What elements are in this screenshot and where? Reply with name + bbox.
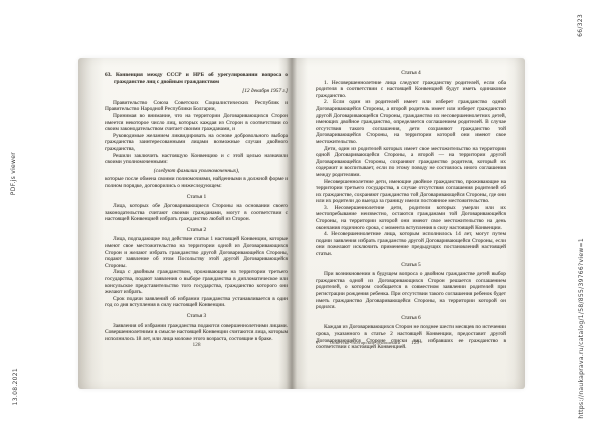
page-edge-left-shadow [78, 58, 104, 389]
paragraph: Статья 1 [105, 194, 288, 201]
signature-number: 9 [316, 340, 318, 345]
paragraph: Принимая во внимание, что на территории … [105, 113, 288, 133]
page-counter-label: 66/323 [577, 14, 584, 37]
paragraph: 1. Несовершеннолетние лица следуют гражд… [316, 80, 506, 100]
book-scan: 63. Конвенция между СССР и НРБ об урегул… [78, 58, 525, 389]
right-page-number: 129 [411, 340, 419, 346]
paragraph: Статья 3 [105, 313, 288, 320]
page-edge-right-shadow [505, 58, 525, 389]
viewer-stage: PDF.js viewer 13.08.2021 66/323 https://… [0, 0, 600, 424]
paragraph: Заявления об избрании гражданства подают… [105, 323, 288, 343]
paragraph: Срок подачи заявлений об избрании гражда… [105, 296, 288, 309]
paragraph: Лица, подпадающие под действие статьи 1 … [105, 236, 288, 269]
left-page-number: 128 [105, 342, 288, 348]
source-url-label: https://naukaprava.ru/catalog/1/58/855/3… [578, 238, 585, 419]
paragraph: (следуют фамилии уполномоченных), [105, 168, 288, 175]
viewer-app-label: PDF.js viewer [10, 152, 17, 195]
print-date-label: 13.08.2021 [12, 368, 19, 405]
left-page-text: 63. Конвенция между СССР и НРБ об урегул… [105, 72, 288, 372]
paragraph: 4. Несовершеннолетние лица, которым испо… [316, 231, 506, 257]
paragraph: [12 декабря 1957 г.] [105, 88, 288, 95]
right-page-footer: 9 Советско-болгарские отношения 129 [316, 340, 506, 348]
paragraph: Статья 4 [316, 70, 506, 77]
paragraph: Лица, которых обе Договаривающиеся Сторо… [105, 203, 288, 223]
paragraph: которые после обмена своими полномочиями… [105, 176, 288, 189]
paragraph: Руководимые желанием ликвидировать на ос… [105, 133, 288, 153]
paragraph: Правительство Союза Советских Социалисти… [105, 100, 288, 113]
paragraph: Статья 6 [316, 315, 506, 322]
paragraph: Несовершеннолетние дети, имеющие двойное… [316, 179, 506, 205]
right-page-text: Статья 41. Несовершеннолетние лица следу… [316, 66, 506, 376]
paragraph: 63. Конвенция между СССР и НРБ об урегул… [105, 72, 288, 85]
paragraph: 3. Несовершеннолетние дети, родители кот… [316, 205, 506, 231]
paragraph: При возникновении в будущем вопроса о дв… [316, 271, 506, 311]
paragraph: Решили заключить настоящую Конвенцию и с… [105, 153, 288, 166]
paragraph: Статья 2 [105, 227, 288, 234]
paragraph: Лица с двойным гражданством, проживающие… [105, 269, 288, 295]
paragraph: 2. Если один из родителей имеет или избе… [316, 99, 506, 145]
series-caption: Советско-болгарские отношения [330, 340, 400, 345]
paragraph: Статья 5 [316, 262, 506, 269]
paragraph: Дети, один из родителей которых имеет св… [316, 146, 506, 179]
